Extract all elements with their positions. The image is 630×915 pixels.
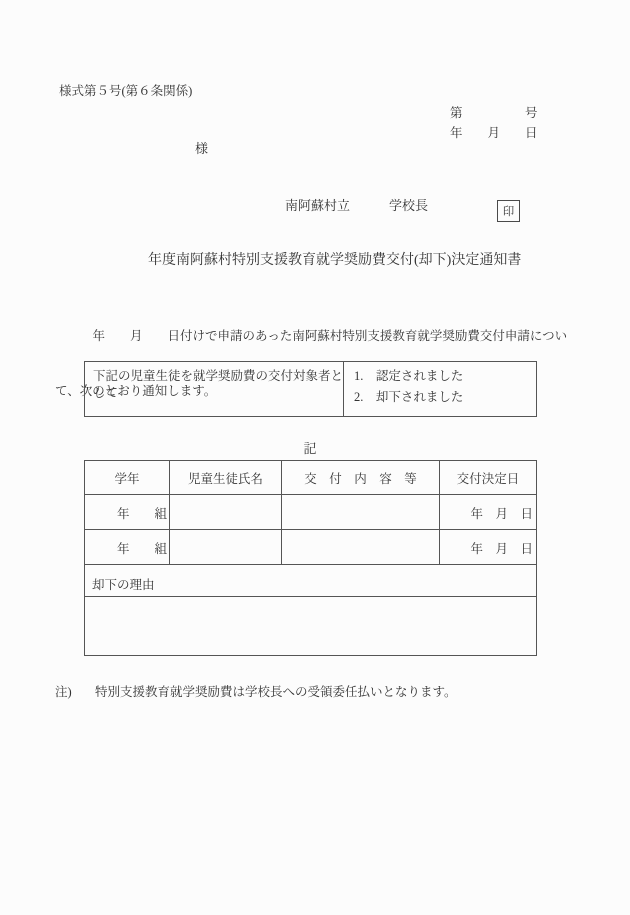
ki-heading: 記 [84,438,536,457]
decision-date-cell: 年 月 日 [440,530,537,565]
student-name-cell [170,495,282,530]
body-paragraph-line-1: 年 月 日付けで申請のあった南阿蘇村特別支援教育就学奨励費交付申請につい [55,327,567,346]
student-name-cell [170,530,282,565]
table-header-row: 学年 児童生徒氏名 交 付 内 容 等 交付決定日 [85,461,537,495]
rejection-reason-blank-cell [85,597,537,656]
table-row: 年 組 年 月 日 [85,530,537,565]
decision-option-rejected: 2. 却下されました [354,387,536,408]
grant-table: 学年 児童生徒氏名 交 付 内 容 等 交付決定日 年 組 年 月 日 年 組 … [84,460,537,656]
decision-statement-line-2: して [93,385,343,402]
decision-options: 1. 認定されました 2. 却下されました [344,362,536,416]
seal-icon: 印 [503,203,515,219]
document-number-line: 第 号 [450,106,538,121]
decision-statement: 下記の児童生徒を就学奨励費の交付対象者と して [85,362,344,416]
col-header-grant-content: 交 付 内 容 等 [282,461,440,495]
decision-date-cell: 年 月 日 [440,495,537,530]
col-header-decision-date: 交付決定日 [440,461,537,495]
document-title: 年度南阿蘇村特別支援教育就学奨励費交付(却下)決定通知書 [148,249,521,269]
rejection-reason-row: 却下の理由 [85,565,537,597]
grade-cell: 年 組 [85,495,170,530]
rejection-reason-area [85,597,537,656]
addressee-honorific: 様 [195,141,208,157]
seal-box: 印 [497,200,520,222]
document-page: { "colors": { "text": "#333333", "border… [0,0,630,915]
grant-content-cell [282,495,440,530]
col-header-student-name: 児童生徒氏名 [170,461,282,495]
rejection-reason-label: 却下の理由 [85,565,537,597]
issue-date-line: 年 月 日 [450,126,538,141]
table-row: 年 組 年 月 日 [85,495,537,530]
decision-option-approved: 1. 認定されました [354,366,536,387]
decision-statement-line-1: 下記の児童生徒を就学奨励費の交付対象者と [93,368,343,385]
form-number-label: 様式第５号(第６条関係) [59,84,192,99]
grant-content-cell [282,530,440,565]
note-marker: 注) [55,685,72,700]
issuer-line: 南阿蘇村立 学校長 [285,198,428,214]
decision-box: 下記の児童生徒を就学奨励費の交付対象者と して 1. 認定されました 2. 却下… [84,361,537,417]
col-header-grade: 学年 [85,461,170,495]
grade-cell: 年 組 [85,530,170,565]
note-text: 特別支援教育就学奨励費は学校長への受領委任払いとなります。 [95,685,457,700]
